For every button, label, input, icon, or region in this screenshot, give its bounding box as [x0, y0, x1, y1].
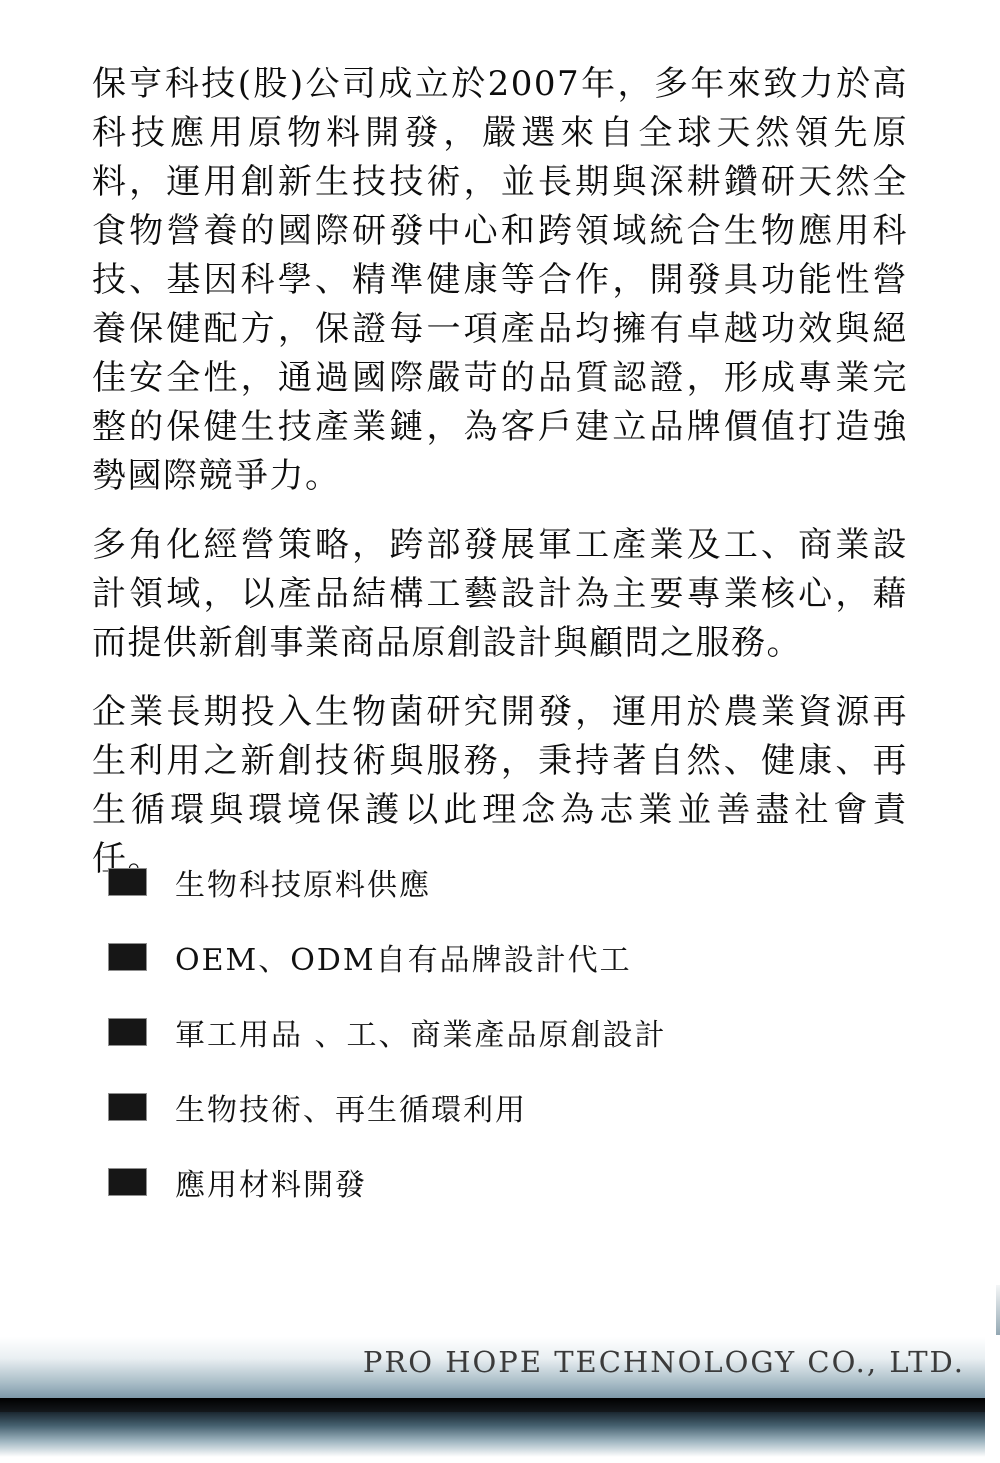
list-item: 應用材料開發	[108, 1166, 667, 1197]
list-item-label: 生物科技原料供應	[175, 860, 431, 904]
list-item: 軍工用品 、工、商業產品原創設計	[108, 1016, 667, 1047]
footer-dark-band	[0, 1398, 985, 1412]
business-scope-list: 生物科技原料供應 OEM、ODM自有品牌設計代工 軍工用品 、工、商業產品原創設…	[108, 866, 667, 1241]
list-item: OEM、ODM自有品牌設計代工	[108, 941, 667, 972]
bullet-square-icon	[108, 868, 147, 896]
document-page: 保亨科技(股)公司成立於2007年，多年來致力於高科技應用原物料開發，嚴選來自全…	[0, 0, 1000, 1463]
bullet-square-icon	[108, 1018, 147, 1046]
bullet-square-icon	[108, 1168, 147, 1196]
page-edge-line	[996, 1285, 1000, 1335]
list-item-label: OEM、ODM自有品牌設計代工	[175, 935, 632, 979]
csr-paragraph: 企業長期投入生物菌研究開發，運用於農業資源再生利用之新創技術與服務，秉持著自然、…	[92, 688, 908, 884]
company-profile-text: 保亨科技(股)公司成立於2007年，多年來致力於高科技應用原物料開發，嚴選來自全…	[92, 60, 908, 904]
bullet-square-icon	[108, 1093, 147, 1121]
footer-fade-band	[0, 1412, 985, 1457]
bullet-square-icon	[108, 943, 147, 971]
list-item-label: 應用材料開發	[175, 1160, 367, 1204]
list-item-label: 軍工用品 、工、商業產品原創設計	[175, 1010, 667, 1054]
footer-company-name: PRO HOPE TECHNOLOGY CO., LTD.	[363, 1345, 965, 1379]
list-item: 生物科技原料供應	[108, 866, 667, 897]
diversification-paragraph: 多角化經營策略，跨部發展軍工產業及工、商業設計領域，以產品結構工藝設計為主要專業…	[92, 521, 908, 668]
footer-gradient-band: PRO HOPE TECHNOLOGY CO., LTD.	[0, 1337, 985, 1398]
list-item-label: 生物技術、再生循環利用	[175, 1085, 527, 1129]
list-item: 生物技術、再生循環利用	[108, 1091, 667, 1122]
intro-paragraph: 保亨科技(股)公司成立於2007年，多年來致力於高科技應用原物料開發，嚴選來自全…	[92, 60, 908, 501]
